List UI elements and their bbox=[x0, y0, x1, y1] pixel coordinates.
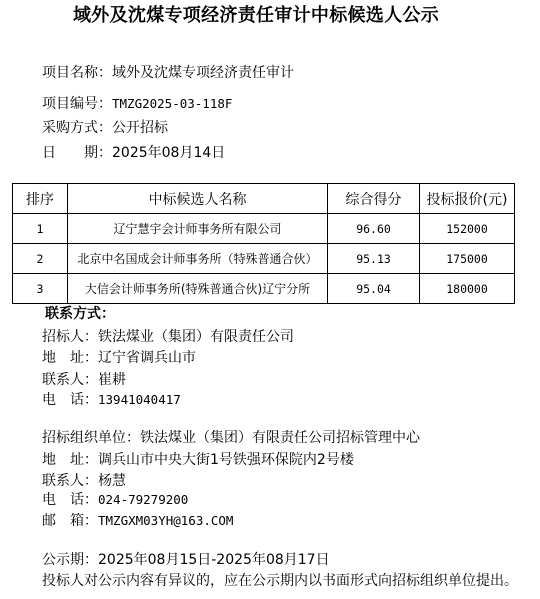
cell-candidate-name: 北京中名国成会计师事务所（特殊普通合伙） bbox=[68, 244, 328, 274]
cell-candidate-name: 辽宁慧宇会计师事务所有限公司 bbox=[68, 214, 328, 244]
project-code-value: TMZG2025-03-118F bbox=[112, 96, 232, 111]
notice-period-label: 公示期： bbox=[42, 552, 98, 568]
procurement-method-value: 公开招标 bbox=[112, 120, 168, 136]
agency-line: 招标组织单位：铁法煤业（集团）有限责任公司招标管理中心 bbox=[42, 428, 420, 448]
tenderer-value: 铁法煤业（集团）有限责任公司 bbox=[98, 329, 294, 345]
cell-candidate-name: 大信会计师事务所(特殊普通合伙)辽宁分所 bbox=[68, 274, 328, 304]
agency-contact-label: 联系人： bbox=[42, 473, 98, 489]
agency-label: 招标组织单位： bbox=[42, 430, 140, 446]
tenderer-address-label: 地 址： bbox=[42, 350, 98, 366]
header-rank: 排序 bbox=[13, 184, 68, 214]
tenderer-address-value: 辽宁省调兵山市 bbox=[98, 350, 196, 366]
agency-phone-value: 024-79279200 bbox=[98, 492, 188, 507]
header-candidate-name: 中标候选人名称 bbox=[68, 184, 328, 214]
header-bid-price: 投标报价(元) bbox=[420, 184, 515, 214]
agency-email-label: 邮 箱： bbox=[42, 513, 98, 529]
agency-contact-value: 杨慧 bbox=[98, 473, 126, 489]
project-name-value: 域外及沈煤专项经济责任审计 bbox=[112, 65, 294, 81]
candidates-table: 排序 中标候选人名称 综合得分 投标报价(元) 1 辽宁慧宇会计师事务所有限公司… bbox=[12, 183, 515, 304]
cell-score: 96.60 bbox=[328, 214, 420, 244]
cell-bid-price: 180000 bbox=[420, 274, 515, 304]
tenderer-contact-line: 联系人：崔耕 bbox=[42, 370, 126, 390]
tenderer-contact-value: 崔耕 bbox=[98, 372, 126, 388]
procurement-method-line: 采购方式：公开招标 bbox=[42, 118, 168, 138]
tenderer-phone-label: 电 话： bbox=[42, 392, 98, 408]
agency-phone-label: 电 话： bbox=[42, 492, 98, 508]
project-name-line: 项目名称：域外及沈煤专项经济责任审计 bbox=[42, 63, 294, 83]
cell-rank: 2 bbox=[13, 244, 68, 274]
contact-heading: 联系方式： bbox=[45, 304, 115, 324]
project-code-label: 项目编号： bbox=[42, 94, 112, 114]
tenderer-address-line: 地 址：辽宁省调兵山市 bbox=[42, 348, 196, 368]
cell-score: 95.04 bbox=[328, 274, 420, 304]
cell-bid-price: 152000 bbox=[420, 214, 515, 244]
header-score: 综合得分 bbox=[328, 184, 420, 214]
date-value: 2025年08月14日 bbox=[112, 145, 225, 161]
notice-period-value: 2025年08月15日-2025年08月17日 bbox=[98, 552, 330, 568]
agency-email-line: 邮 箱：TMZGXM03YH@163.COM bbox=[42, 511, 233, 531]
notice-period-line: 公示期：2025年08月15日-2025年08月17日 bbox=[42, 550, 330, 570]
agency-contact-line: 联系人：杨慧 bbox=[42, 471, 126, 491]
page-title: 域外及沈煤专项经济责任审计中标候选人公示 bbox=[0, 4, 512, 28]
cell-rank: 1 bbox=[13, 214, 68, 244]
cell-score: 95.13 bbox=[328, 244, 420, 274]
procurement-method-label: 采购方式： bbox=[42, 118, 112, 138]
table-row: 1 辽宁慧宇会计师事务所有限公司 96.60 152000 bbox=[13, 214, 515, 244]
cell-rank: 3 bbox=[13, 274, 68, 304]
table-row: 3 大信会计师事务所(特殊普通合伙)辽宁分所 95.04 180000 bbox=[13, 274, 515, 304]
table-row: 2 北京中名国成会计师事务所（特殊普通合伙） 95.13 175000 bbox=[13, 244, 515, 274]
tenderer-line: 招标人：铁法煤业（集团）有限责任公司 bbox=[42, 327, 294, 347]
agency-value: 铁法煤业（集团）有限责任公司招标管理中心 bbox=[140, 430, 420, 446]
objection-notice: 投标人对公示内容有异议的，应在公示期内以书面形式向招标组织单位提出。 bbox=[42, 571, 518, 591]
agency-email-value: TMZGXM03YH@163.COM bbox=[98, 513, 233, 528]
tenderer-label: 招标人： bbox=[42, 329, 98, 345]
cell-bid-price: 175000 bbox=[420, 244, 515, 274]
tenderer-phone-line: 电 话：13941040417 bbox=[42, 390, 181, 410]
agency-address-line: 地 址：调兵山市中央大街1号铁强环保院内2号楼 bbox=[42, 450, 354, 470]
agency-address-label: 地 址： bbox=[42, 452, 98, 468]
date-line: 日 期：2025年08月14日 bbox=[42, 143, 225, 163]
tenderer-phone-value: 13941040417 bbox=[98, 392, 181, 407]
project-code-line: 项目编号：TMZG2025-03-118F bbox=[42, 94, 232, 114]
project-name-label: 项目名称： bbox=[42, 63, 112, 83]
tenderer-contact-label: 联系人： bbox=[42, 372, 98, 388]
table-header-row: 排序 中标候选人名称 综合得分 投标报价(元) bbox=[13, 184, 515, 214]
agency-phone-line: 电 话：024-79279200 bbox=[42, 490, 188, 510]
agency-address-value: 调兵山市中央大街1号铁强环保院内2号楼 bbox=[98, 452, 354, 468]
date-label: 日 期： bbox=[42, 143, 112, 163]
